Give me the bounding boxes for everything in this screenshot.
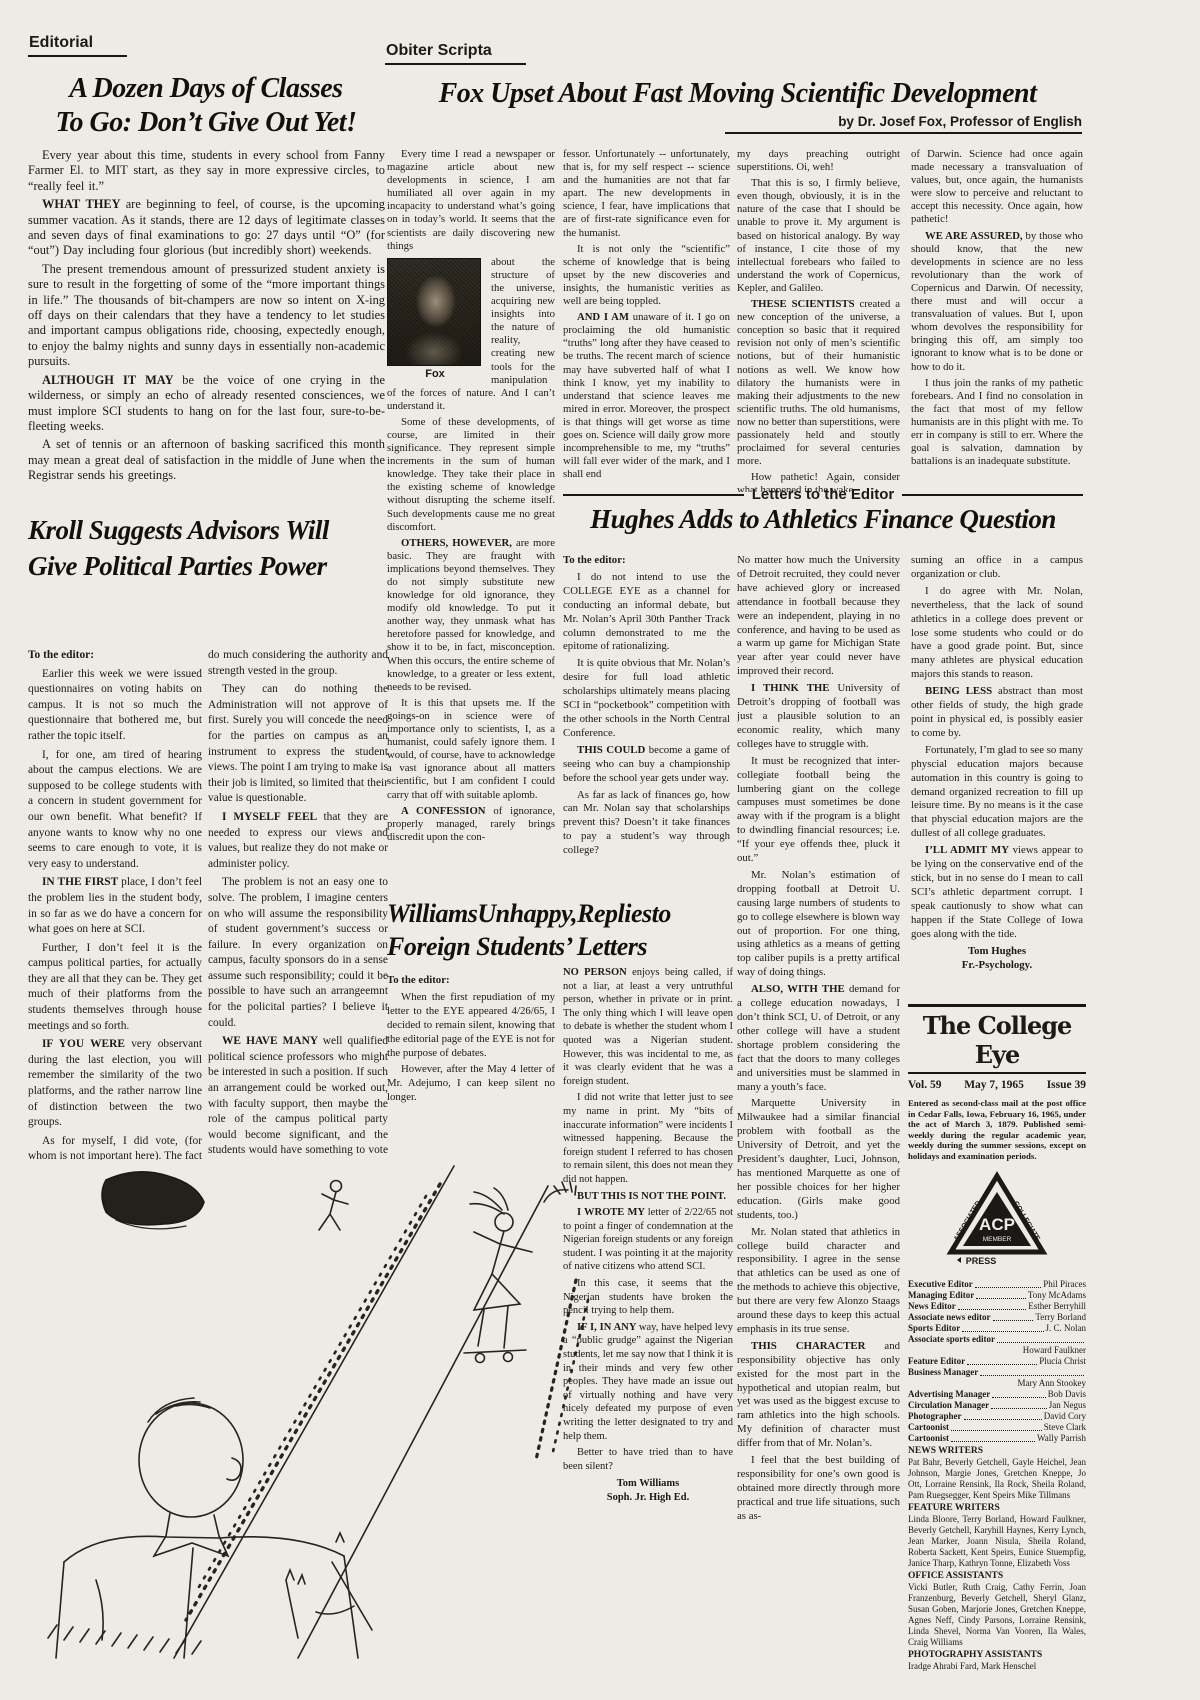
paragraph: It is not only the “scientific” scheme o… [563,243,730,308]
staff-group-names: Iradge Ahrabi Fard, Mark Henschel [908,1661,1086,1672]
paragraph: However, after the May 4 letter of Mr. A… [387,1063,555,1105]
staff-role-row: Executive EditorPhil Piraces [908,1279,1086,1290]
staff-role-row: CartoonistSteve Clark [908,1422,1086,1433]
letters-to-editor-label: Letters to the Editor [744,486,903,503]
fox-headline: Fox Upset About Fast Moving Scientific D… [390,78,1085,110]
staff-role-row: PhotographerDavid Cory [908,1411,1086,1422]
paragraph: No matter how much the University of Det… [737,554,900,679]
staff-role-row: Associate news editorTerry Borland [908,1312,1086,1323]
divider-rule-right [902,494,1083,496]
kroll-headline-line1: Kroll Suggests Advisors Will [28,512,390,548]
paragraph: It must be recognized that inter-collegi… [737,755,900,866]
masthead-box: The College Eye Vol. 59 May 7, 1965 Issu… [908,1004,1086,1672]
paragraph: Every time I read a newspaper or magazin… [387,148,555,253]
paragraph: Further, I don’t feel it is the campus p… [28,941,202,1035]
paragraph: I thus join the ranks of my pathetic for… [911,377,1083,469]
williams-headline: WilliamsUnhappy,Repliesto Foreign Studen… [387,897,735,963]
paragraph: I do agree with Mr. Nolan, nevertheless,… [911,585,1083,682]
paragraph: NO PERSON enjoys being called, if not a … [563,966,733,1088]
divider-rule-left [563,494,744,496]
editorial-kicker: Editorial [28,34,127,57]
paragraph: my days preaching outright superstitions… [737,148,900,174]
paragraph: THIS CHARACTER and responsibility object… [737,1340,900,1451]
paragraph: WHAT THEY are beginning to feel, of cour… [28,197,385,259]
paragraph: IF YOU WERE very observant during the la… [28,1037,202,1131]
masthead-issue: Issue 39 [1047,1079,1086,1091]
kroll-headline: Kroll Suggests Advisors Will Give Politi… [28,512,390,584]
staff-group-heading: FEATURE WRITERS [908,1503,1086,1514]
paragraph: IN THE FIRST place, I don’t feel the pro… [28,875,202,937]
paragraph: I feel that the best building of respons… [737,1454,900,1524]
staff-role-row: Advertising ManagerBob Davis [908,1389,1086,1400]
fox-column-2: fessor. Unfortunately -- unfortunately, … [563,148,730,492]
hughes-column-c: suming an office in a campus organizatio… [911,554,1083,1000]
paragraph: ALTHOUGH IT MAY be the voice of one cryi… [28,373,385,435]
williams-column-1: To the editor:When the first repudiation… [387,974,555,1124]
editorial-headline: A Dozen Days of Classes To Go: Don’t Giv… [30,72,382,140]
obiter-scripta-kicker: Obiter Scripta [385,42,526,65]
staff-role-row: Sports EditorJ. C. Nolan [908,1323,1086,1334]
editorial-cartoon [36,1160,596,1660]
kroll-column-2: do much considering the authority and st… [208,648,388,1160]
staff-group-heading: OFFICE ASSISTANTS [908,1571,1086,1582]
paragraph: As for myself, I did vote, (for whom is … [28,1134,202,1160]
masthead-title: The College Eye [908,1009,1086,1072]
staff-role-row: News EditorEsther Berryhill [908,1301,1086,1312]
paragraph: AND I AM unaware of it. I go on proclaim… [563,311,730,481]
masthead-vol: Vol. 59 [908,1079,941,1091]
kroll-column-1: To the editor:Earlier this week we were … [28,648,202,1160]
paragraph: To the editor: [563,554,730,568]
staff-group-heading: PHOTOGRAPHY ASSISTANTS [908,1650,1086,1661]
fox-photo-caption: Fox [387,366,483,381]
paragraph: It is quite obvious that Mr. Nolan’s des… [563,657,730,740]
masthead-volume-line: Vol. 59 May 7, 1965 Issue 39 [908,1079,1086,1091]
newspaper-page: Editorial A Dozen Days of Classes To Go:… [0,0,1200,1700]
paragraph: That this is so, I firmly believe, even … [737,177,900,295]
paragraph: As far as lack of finances go, how can M… [563,789,730,859]
paragraph: Earlier this week we were issued questio… [28,667,202,745]
letters-to-editor-divider: Letters to the Editor [563,486,1083,503]
staff-role-row: Associate sports editorHoward Faulkner [908,1334,1086,1356]
paragraph: I do not intend to use the COLLEGE EYE a… [563,571,730,654]
paragraph: I, for one, am tired of hearing about th… [28,748,202,873]
staff-group-names: Pat Bahr, Beverly Getchell, Gayle Heiche… [908,1457,1086,1501]
fox-column-4: of Darwin. Science had once again made n… [911,148,1083,492]
masthead-top-rule [908,1004,1086,1007]
fox-column-1: Every time I read a newspaper or magazin… [387,148,555,944]
fox-portrait-halftone [387,258,481,366]
paragraph: Mr. Nolan stated that athletics in colle… [737,1226,900,1337]
paragraph: It is this that upsets me. If the goings… [387,697,555,802]
paragraph: Fortunately, I’m glad to see so many phy… [911,744,1083,841]
acp-member-label: MEMBER [983,1236,1012,1243]
staff-roles-list: Executive EditorPhil PiracesManaging Edi… [908,1279,1086,1444]
fox-photo: Fox [387,258,483,381]
masthead-title-rule [908,1072,1086,1074]
staff-role-row: Managing EditorTony McAdams [908,1290,1086,1301]
kroll-headline-line2: Give Political Parties Power [28,548,390,584]
staff-role-row: Business ManagerMary Ann Stookey [908,1367,1086,1389]
acp-press-label: PRESS [966,1256,997,1266]
staff-group-names: Linda Bloore, Terry Borland, Howard Faul… [908,1514,1086,1569]
paragraph: suming an office in a campus organizatio… [911,554,1083,582]
paragraph: BEING LESS abstract than most other fiel… [911,685,1083,741]
paragraph: To the editor: [387,974,555,988]
hughes-column-a: To the editor:I do not intend to use the… [563,554,730,902]
staff-role-row: Circulation ManagerJan Negus [908,1400,1086,1411]
paragraph: of Darwin. Science had once again made n… [911,148,1083,227]
acp-press-logo: ACP MEMBER ASSOCIATED COLLEGIATE PRESS [945,1170,1049,1266]
acp-logo-wrap: ACP MEMBER ASSOCIATED COLLEGIATE PRESS [908,1170,1086,1271]
paragraph: Marquette University in Milwaukee had a … [737,1097,900,1222]
paragraph: Every year about this time, students in … [28,148,385,194]
masthead-entered-notice: Entered as second-class mail at the post… [908,1098,1086,1162]
staff-group-heading: NEWS WRITERS [908,1446,1086,1457]
paragraph: I’LL ADMIT MY views appear to be lying o… [911,844,1083,941]
editorial-headline-line1: A Dozen Days of Classes [30,72,382,106]
editorial-body: Every year about this time, students in … [28,148,385,508]
masthead-date: May 7, 1965 [964,1079,1024,1091]
letter-signature: Tom HughesFr.-Psychology. [911,945,1083,973]
hughes-column-b: No matter how much the University of Det… [737,554,900,1622]
paragraph: The present tremendous amount of pressur… [28,262,385,370]
paragraph: They can do nothing the Administration w… [208,682,388,807]
paragraph: A CONFESSION of ignorance, properly mana… [387,805,555,844]
paragraph: WE HAVE MANY well qualified political sc… [208,1034,388,1160]
paragraph: OTHERS, HOWEVER, are more basic. They ar… [387,537,555,694]
staff-role-row: Feature EditorPlucia Christ [908,1356,1086,1367]
paragraph: fessor. Unfortunately -- unfortunately, … [563,148,730,240]
paragraph: ALSO, WITH THE demand for a college educ… [737,983,900,1094]
staff-groups-list: NEWS WRITERSPat Bahr, Beverly Getchell, … [908,1446,1086,1672]
paragraph: A set of tennis or an afternoon of baski… [28,437,385,483]
paragraph: WE ARE ASSURED, by those who should know… [911,230,1083,374]
paragraph: THIS COULD become a game of seeing who c… [563,744,730,786]
acp-center-label: ACP [979,1215,1015,1234]
fox-byline: by Dr. Josef Fox, Professor of English [725,114,1082,134]
fox-column-3: my days preaching outright superstitions… [737,148,900,492]
paragraph: Mr. Nolan’s estimation of dropping footb… [737,869,900,980]
paragraph: I MYSELF FEEL that they are needed to ex… [208,810,388,872]
paragraph: Some of these developments, of course, a… [387,416,555,534]
paragraph: THESE SCIENTISTS created a new conceptio… [737,298,900,468]
staff-group-names: Vicki Butler, Ruth Craig, Cathy Ferrin, … [908,1582,1086,1648]
williams-headline-line1: WilliamsUnhappy,Repliesto [387,897,735,930]
paragraph: To the editor: [28,648,202,664]
paragraph: When the first repudiation of my letter … [387,991,555,1061]
paragraph: The problem is not an easy one to solve.… [208,875,388,1031]
staff-role-row: CartoonistWally Parrish [908,1433,1086,1444]
williams-headline-line2: Foreign Students’ Letters [387,930,735,963]
paragraph: I THINK THE University of Detroit’s drop… [737,682,900,752]
paragraph: Foxabout the structure of the universe, … [387,256,555,413]
paragraph: do much considering the authority and st… [208,648,388,679]
editorial-headline-line2: To Go: Don’t Give Out Yet! [30,106,382,140]
hughes-headline: Hughes Adds to Athletics Finance Questio… [563,504,1083,534]
